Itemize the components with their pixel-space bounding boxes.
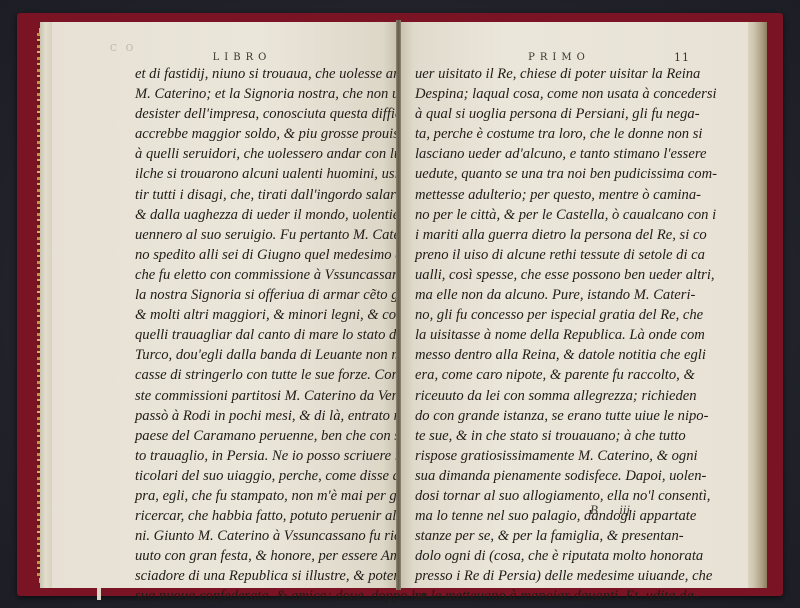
text-line: no spedito alli sei di Giugno quel medes… bbox=[135, 245, 440, 265]
running-head-left: LIBRO bbox=[52, 52, 397, 63]
text-line: et di fastidij, niuno si trouaua, che uo… bbox=[135, 64, 440, 84]
text-line: uuto con gran festa, & honore, per esser… bbox=[135, 546, 440, 566]
folio-number: 11 bbox=[674, 51, 690, 64]
text-line: i mariti alla guerra dietro la persona d… bbox=[415, 225, 717, 245]
text-line: accrebbe maggior soldo, & piu grosse pro… bbox=[135, 124, 440, 144]
text-line: paese del Caramano peruenne, ben che con… bbox=[135, 426, 440, 446]
text-line: Turco, dou'egli dalla banda di Leuante n… bbox=[135, 345, 440, 365]
text-line: rispose gratiosissimamente M. Caterino, … bbox=[415, 446, 717, 466]
text-line: stanze per se, & per la famiglia, & pres… bbox=[415, 526, 717, 546]
text-line: ricercar, che habbia fatto, potuto perue… bbox=[135, 506, 440, 526]
text-line: à quelli seruidori, che uolessero andar … bbox=[135, 144, 440, 164]
text-line: ta, perche è costume tra loro, che le do… bbox=[415, 124, 717, 144]
text-line: Despina; laqual cosa, come non usata à c… bbox=[415, 84, 717, 104]
text-line: do con grande istanza, se erano tutte ui… bbox=[415, 406, 717, 426]
right-page: PRIMO 11 uer uisitato il Re, chiese di p… bbox=[400, 22, 748, 588]
text-line: sua nuoua confederata, & amica; doue, do… bbox=[135, 586, 440, 606]
text-line: mettesse adulterio; per questo, mentre ò… bbox=[415, 185, 717, 205]
text-line: lasciano ueder ad'alcuno, e tanto stiman… bbox=[415, 144, 717, 164]
text-line: te sue, & in che stato si trouauano; à c… bbox=[415, 426, 717, 446]
text-line: presso i Re di Persia) delle medesime ui… bbox=[415, 566, 717, 586]
text-line: uer uisitato il Re, chiese di poter uisi… bbox=[415, 64, 717, 84]
text-line: riceuuto da lei con somma allegrezza; ri… bbox=[415, 386, 717, 406]
text-line: sciadore di una Republica si illustre, &… bbox=[135, 566, 440, 586]
text-line: ilche si trouarono alcuni ualenti huomin… bbox=[135, 164, 440, 184]
text-line: quelli trauagliar dal canto di mare lo s… bbox=[135, 325, 440, 345]
text-line: dolo ogni di (cosa, che è riputata molto… bbox=[415, 546, 717, 566]
text-line: preno il uiso di alcune rethi tessute di… bbox=[415, 245, 717, 265]
text-line: che fu eletto con commissione à Vssuncas… bbox=[135, 265, 440, 285]
text-line: uedute, quanto se una tra noi ben pudici… bbox=[415, 164, 717, 184]
text-line: desister dell'impresa, conosciuta questa… bbox=[135, 104, 440, 124]
page-edges-right bbox=[745, 22, 767, 588]
text-line: uennero al suo seruigio. Fu pertanto M. … bbox=[135, 225, 440, 245]
text-line: la nostra Signoria si offeriua di armar … bbox=[135, 285, 440, 305]
bookmark-ribbon bbox=[97, 588, 101, 600]
text-line: se le metteuano à mangiar dauanti. Et, u… bbox=[415, 586, 717, 606]
text-line: casse di stringerlo con tutte le sue for… bbox=[135, 365, 440, 385]
text-line: la uisitasse à nome della Republica. Là … bbox=[415, 325, 717, 345]
text-line: ste commissioni partitosi M. Caterino da… bbox=[135, 386, 440, 406]
book-gutter bbox=[396, 20, 401, 590]
text-line: ni. Giunto M. Caterino à Vssuncassano fu… bbox=[135, 526, 440, 546]
text-line: no per le città, & per le Castella, ò ca… bbox=[415, 205, 717, 225]
text-line: passò à Rodi in pochi mesi, & di là, ent… bbox=[135, 406, 440, 426]
text-line: sua dimanda pienamente sodisfece. Dapoi,… bbox=[415, 466, 717, 486]
text-line: ticolari del suo uiaggio, perche, come d… bbox=[135, 466, 440, 486]
right-page-text: uer uisitato il Re, chiese di poter uisi… bbox=[415, 64, 717, 607]
text-line: to trauaglio, in Persia. Ne io posso scr… bbox=[135, 446, 440, 466]
left-page-text: et di fastidij, niuno si trouaua, che uo… bbox=[135, 64, 440, 607]
text-line: & molti altri maggiori, & minori legni, … bbox=[135, 305, 440, 325]
signature-mark: B iij bbox=[590, 502, 630, 518]
text-line: M. Caterino; et la Signoria nostra, che … bbox=[135, 84, 440, 104]
text-line: à qual si uoglia persona di Persiani, gl… bbox=[415, 104, 717, 124]
text-line: no, gli fu concesso per ispecial gratia … bbox=[415, 305, 717, 325]
running-head-right: PRIMO bbox=[400, 52, 748, 63]
text-line: ma lo tenne nel suo palagio, dandogli ap… bbox=[415, 506, 717, 526]
text-line: messo dentro alla Reina, & datole notiti… bbox=[415, 345, 717, 365]
text-line: dosi tornar al suo allogiamento, ella no… bbox=[415, 486, 717, 506]
text-line: ualli, così spesse, che esse possono ben… bbox=[415, 265, 717, 285]
left-page: C O LIBRO et di fastidij, niuno si troua… bbox=[52, 22, 397, 588]
text-line: era, come caro nipote, & parente fu racc… bbox=[415, 365, 717, 385]
text-line: & dalla uaghezza di ueder il mondo, uole… bbox=[135, 205, 440, 225]
text-line: pra, egli, che fu stampato, non m'è mai … bbox=[135, 486, 440, 506]
text-line: ma elle non da alcuno. Pure, istando M. … bbox=[415, 285, 717, 305]
text-line: tir tutti i disagi, che, tirati dall'ing… bbox=[135, 185, 440, 205]
